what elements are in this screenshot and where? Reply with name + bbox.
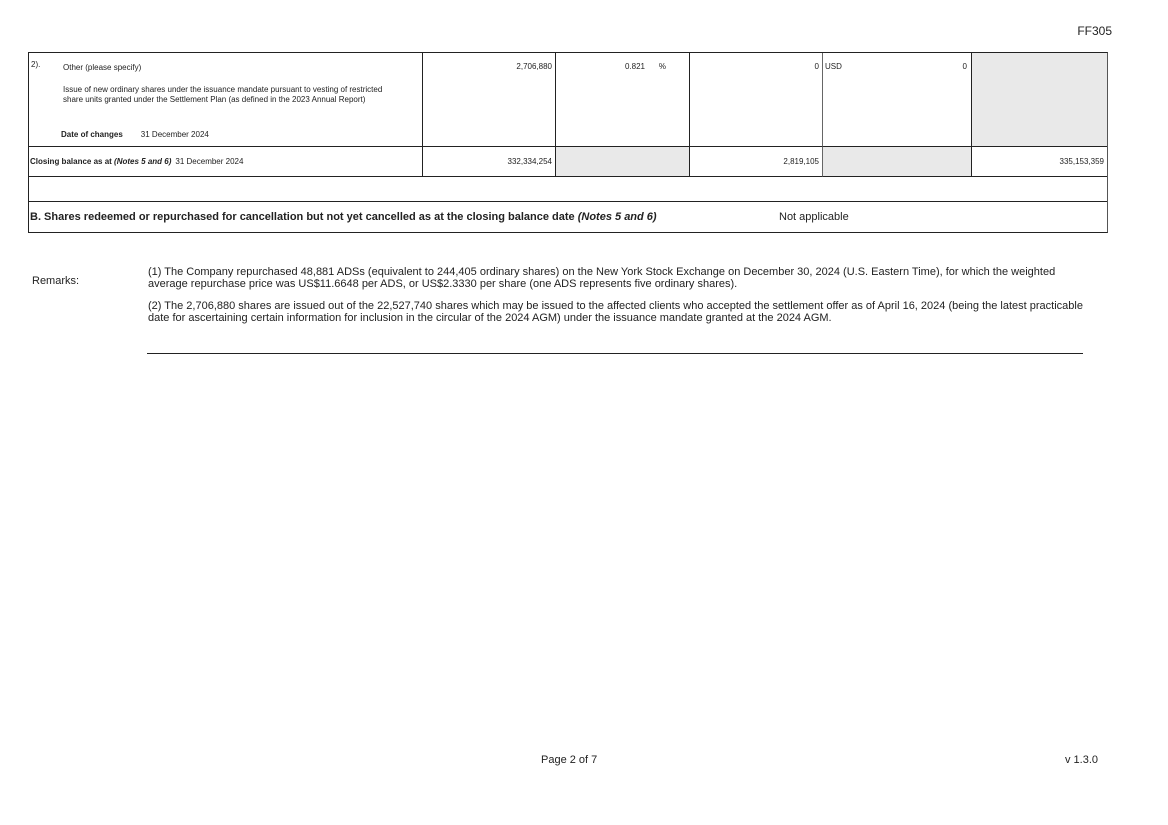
remarks-label: Remarks:: [32, 275, 79, 287]
shaded-cell: [556, 147, 690, 177]
closing-balance-label-cell: Closing balance as at (Notes 5 and 6)31 …: [28, 147, 423, 177]
shares-issued-cell: 2,706,880: [423, 52, 556, 147]
empty-row: [28, 177, 1108, 202]
shaded-cell: [972, 52, 1108, 147]
item-description: Issue of new ordinary shares under the i…: [63, 85, 383, 105]
remarks-body: (1) The Company repurchased 48,881 ADSs …: [148, 266, 1083, 334]
form-code: FF305: [1077, 24, 1112, 38]
item-title: Other (please specify): [63, 63, 141, 72]
shaded-cell: [823, 147, 972, 177]
section-b-row: B. Shares redeemed or repurchased for ca…: [28, 202, 1108, 233]
form-version: v 1.3.0: [1065, 754, 1098, 766]
percent-symbol: %: [659, 62, 666, 71]
page-number: Page 2 of 7: [541, 754, 597, 766]
remarks-underline: [147, 353, 1083, 354]
consideration-cell: USD 0: [823, 52, 972, 147]
treasury-shares-cell: 0: [690, 52, 823, 147]
percentage-value: 0.821: [625, 62, 645, 71]
consideration-amount: 0: [963, 62, 967, 71]
closing-balance-label: Closing balance as at (Notes 5 and 6)31 …: [30, 157, 243, 166]
item-number: 2).: [31, 60, 40, 69]
currency-code: USD: [825, 62, 842, 71]
remark-note-2: (2) The 2,706,880 shares are issued out …: [148, 300, 1083, 324]
section-b-value: Not applicable: [779, 211, 849, 223]
date-of-changes-label: Date of changes: [61, 130, 123, 139]
closing-total-cell: 335,153,359: [972, 147, 1108, 177]
date-of-changes-value: 31 December 2024: [141, 130, 209, 139]
closing-treasury-cell: 2,819,105: [690, 147, 823, 177]
percentage-cell: 0.821 %: [556, 52, 690, 147]
closing-shares-cell: 332,334,254: [423, 147, 556, 177]
item-description-cell: 2). Other (please specify) Issue of new …: [28, 52, 423, 147]
section-b-label: B. Shares redeemed or repurchased for ca…: [30, 211, 657, 223]
remark-note-1: (1) The Company repurchased 48,881 ADSs …: [148, 266, 1083, 290]
date-of-changes: Date of changes31 December 2024: [61, 130, 209, 139]
